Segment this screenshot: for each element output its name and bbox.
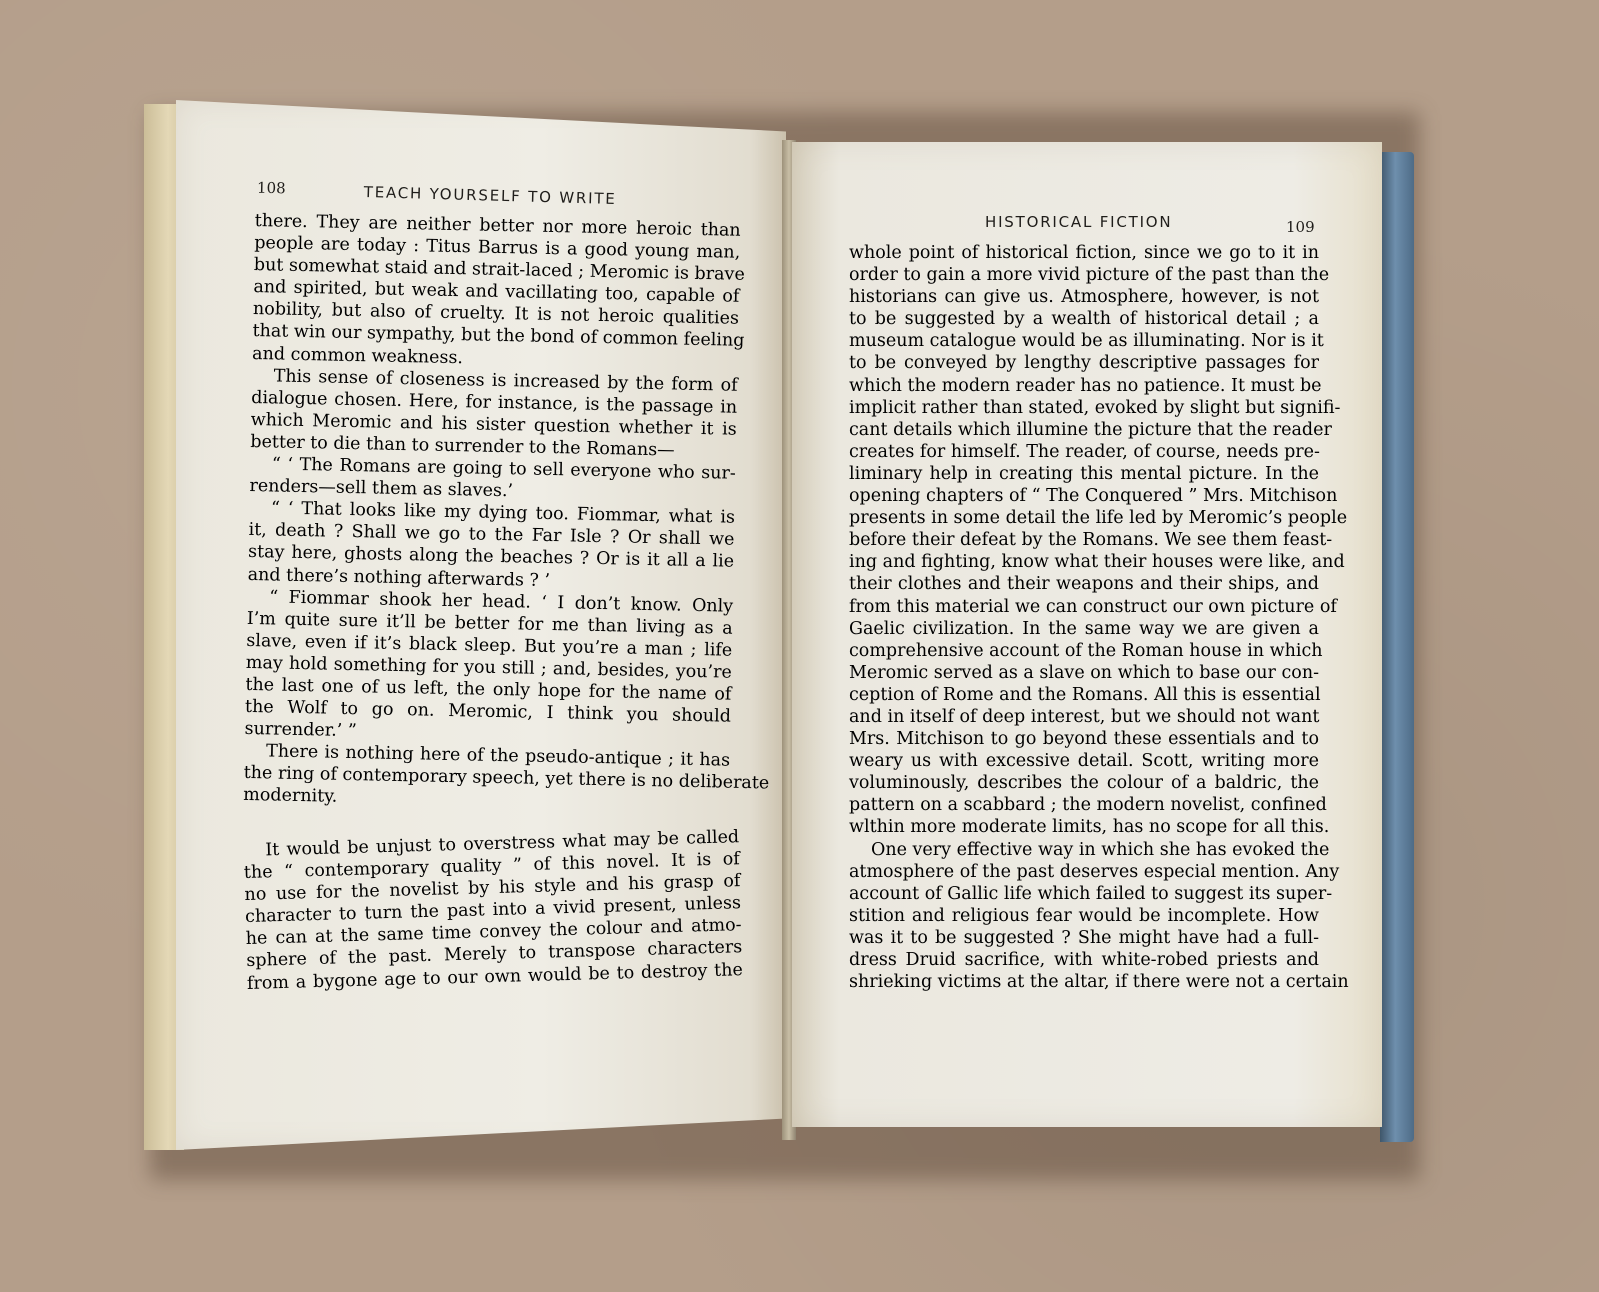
text-line: weary us with excessive detail. Scott, w… [849,750,1319,772]
text-line: their clothes and their weapons and thei… [849,573,1319,595]
right-page-text: whole point of historical fiction, since… [849,242,1319,993]
text-line: whole point of historical fiction, since… [849,242,1319,264]
book-cover-edge [1380,152,1414,1142]
text-line: shrieking victims at the altar, if there… [849,971,1319,993]
text-line: and in itself of deep interest, but we s… [849,706,1319,728]
text-line: ing and fighting, know what their houses… [849,551,1319,573]
left-page-text: there. They are neither better nor more … [243,210,741,816]
running-head-right: HISTORICAL FICTION [985,213,1172,231]
text-line: creates for himself. The reader, of cour… [849,441,1319,463]
text-line: implicit rather than stated, evoked by s… [849,397,1319,419]
text-line: wlthin more moderate limits, has no scop… [849,816,1319,838]
text-line: presents in some detail the life led by … [849,507,1319,529]
text-line: was it to be suggested ? She might have … [849,927,1319,949]
text-line: opening chapters of “ The Conquered ” Mr… [849,485,1319,507]
left-page-text-lower: It would be unjust to overstress what ma… [243,826,743,994]
text-line: to be conveyed by lengthy descriptive pa… [849,352,1319,374]
text-line: to be suggested by a wealth of historica… [849,308,1319,330]
text-line: cant details which illumine the picture … [849,419,1319,441]
text-line: account of Gallic life which failed to s… [849,883,1319,905]
text-line: museum catalogue would be as illuminatin… [849,330,1319,352]
text-line: order to gain a more vivid picture of th… [849,264,1319,286]
text-line: One very effective way in which she has … [849,839,1319,861]
text-line: atmosphere of the past deserves especial… [849,861,1319,883]
text-line: stition and religious fear would be inco… [849,905,1319,927]
text-line: Gaelic civilization. In the same way we … [849,618,1319,640]
text-line: dress Druid sacrifice, with white-robed … [849,949,1319,971]
text-line: voluminously, describes the colour of a … [849,772,1319,794]
text-line: before their defeat by the Romans. We se… [849,529,1319,551]
page-number-right: 109 [1286,218,1315,236]
text-line: from this material we can construct our … [849,596,1319,618]
text-line: comprehensive account of the Roman house… [849,640,1319,662]
text-line: which the modern reader has no patience.… [849,375,1319,397]
text-line: pattern on a scabbard ; the modern novel… [849,794,1319,816]
text-line: liminary help in creating this mental pi… [849,463,1319,485]
text-line: Mrs. Mitchison to go beyond these essent… [849,728,1319,750]
text-line: Meromic served as a slave on which to ba… [849,662,1319,684]
text-line: historians can give us. Atmosphere, howe… [849,286,1319,308]
page-number-left: 108 [257,179,286,198]
text-line: ception of Rome and the Romans. All this… [849,684,1319,706]
